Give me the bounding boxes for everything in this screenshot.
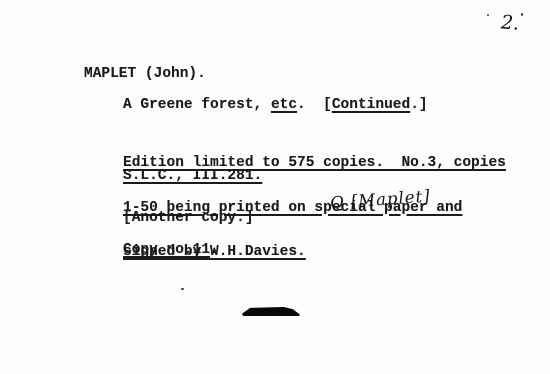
entry-title-line: A Greene forest, etc. [Continued.] xyxy=(123,98,428,113)
entry-heading: MAPLET (John). xyxy=(84,67,206,82)
catalog-page: 2. MAPLET (John). A Greene forest, etc. … xyxy=(0,0,550,374)
ink-speck xyxy=(521,13,523,16)
another-copy-line: [Another copy.] xyxy=(123,211,254,226)
title-etc: etc xyxy=(271,97,297,113)
edition-note: Edition limited to 575 copies. No.3, cop… xyxy=(123,126,506,290)
reference-line: S.L.C., III.281. xyxy=(123,169,262,184)
copy-number-line: Copy no.11. xyxy=(123,243,219,258)
title-text: A Greene forest, xyxy=(123,97,271,113)
title-continued: Continued xyxy=(332,97,410,113)
title-end: .] xyxy=(410,97,427,113)
title-separator: . [ xyxy=(297,97,332,113)
copy-number: Copy no.11 xyxy=(123,242,210,258)
ink-speck xyxy=(487,14,489,16)
copy-number-period: . xyxy=(210,242,219,258)
ink-blot xyxy=(242,307,300,316)
handwritten-page-number: 2. xyxy=(500,11,520,34)
